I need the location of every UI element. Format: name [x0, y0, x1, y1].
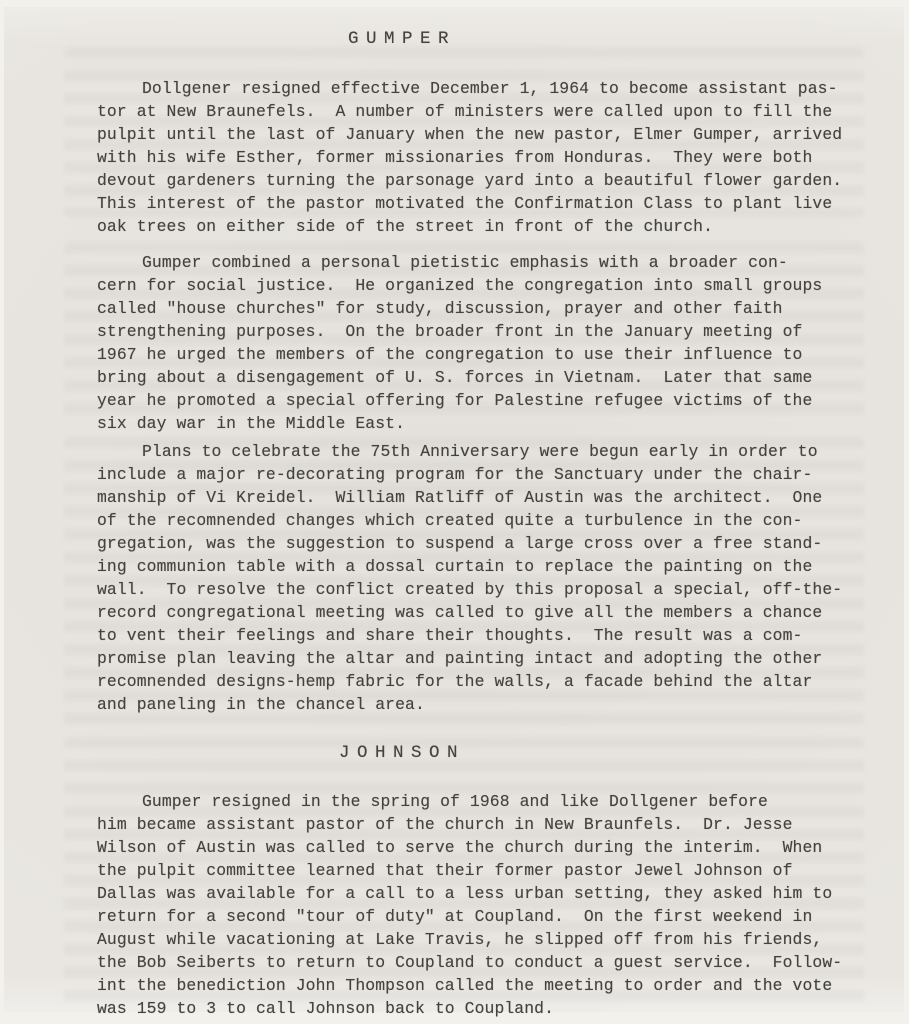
scanned-page: GUMPER Dollgener resigned effective Dece… [0, 0, 909, 1024]
section-heading-johnson: JOHNSON [24, 742, 780, 765]
section-gumper: GUMPER Dollgener resigned effective Dece… [97, 28, 853, 716]
paragraph-gumper-1: Dollgener resigned effective December 1,… [97, 77, 853, 238]
section-heading-gumper: GUMPER [24, 28, 780, 51]
page-text-block: GUMPER Dollgener resigned effective Dece… [97, 0, 853, 1020]
paragraph-johnson-1: Gumper resigned in the spring of 1968 an… [97, 790, 853, 1020]
paragraph-gumper-3: Plans to celebrate the 75th Anniversary … [97, 440, 853, 716]
paragraph-gumper-2: Gumper combined a personal pietistic emp… [97, 251, 853, 435]
section-johnson: JOHNSON Gumper resigned in the spring of… [97, 742, 853, 1020]
